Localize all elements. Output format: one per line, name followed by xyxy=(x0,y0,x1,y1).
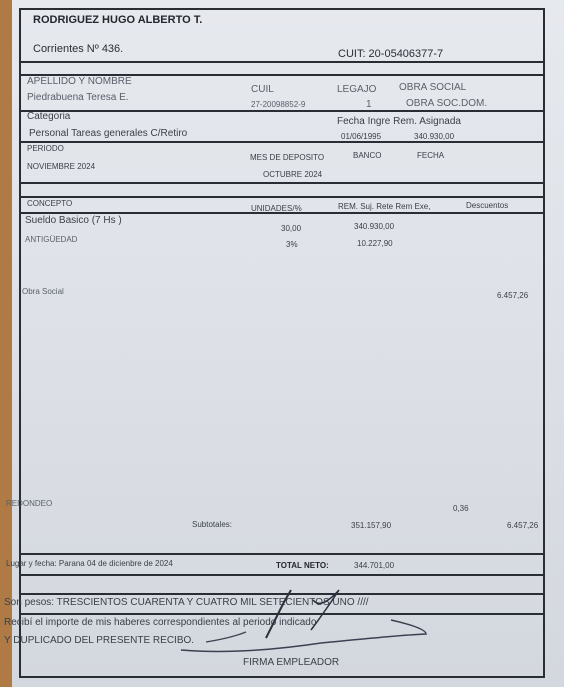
recibi-line1: Recibí el importe de mis haberes corresp… xyxy=(4,617,316,628)
legajo-label: LEGAJO xyxy=(337,84,376,95)
header-concepto: CONCEPTO xyxy=(27,199,72,208)
divider xyxy=(21,182,543,184)
employee-legajo: 1 xyxy=(366,99,372,110)
rem-asignada: 340.930,00 xyxy=(414,132,454,141)
recibi-line2: Y DUPLICADO DEL PRESENTE RECIBO. xyxy=(4,635,194,646)
header-remunerativo: REM. Suj. Rete Rem Exe, xyxy=(338,202,430,211)
payslip: RODRIGUEZ HUGO ALBERTO T. Corrientes Nº … xyxy=(19,8,545,678)
row-concepto: ANTIGÜEDAD xyxy=(25,235,77,244)
row-descuentos: 6.457,26 xyxy=(497,291,528,300)
lugar-fecha: Lugar y fecha: Parana 04 de dicienbre de… xyxy=(6,559,173,568)
subtotal-remunerativo: 351.157,90 xyxy=(351,521,391,530)
divider xyxy=(21,593,543,595)
employee-cuil: 27-20098852-9 xyxy=(251,100,305,109)
cuil-label: CUIL xyxy=(251,84,274,95)
firma-empleador: FIRMA EMPLEADOR xyxy=(243,657,339,668)
periodo-label: PERIODO xyxy=(27,144,64,153)
categoria-label: Categoria xyxy=(27,111,70,122)
employer-cuit: CUIT: 20-05406377-7 xyxy=(338,48,443,60)
employer-address: Corrientes Nº 436. xyxy=(33,43,123,55)
row-unidades: 30,00 xyxy=(281,224,301,233)
header-descuentos: Descuentos xyxy=(466,201,508,210)
divider xyxy=(21,212,543,214)
divider xyxy=(21,574,543,576)
periodo-value: NOVIEMBRE 2024 xyxy=(27,162,95,171)
row-concepto: Sueldo Basico (7 Hs ) xyxy=(25,215,122,226)
row-unidades: 3% xyxy=(286,240,298,249)
employer-name: RODRIGUEZ HUGO ALBERTO T. xyxy=(33,14,202,26)
divider xyxy=(21,61,543,63)
son-pesos: Son pesos: TRESCIENTOS CUARENTA Y CUATRO… xyxy=(4,597,369,608)
row-remunerativo: 10.227,90 xyxy=(357,239,393,248)
fecha-label: FECHA xyxy=(417,151,444,160)
divider xyxy=(21,141,543,143)
subtotal-label: Subtotales: xyxy=(192,520,232,529)
divider xyxy=(21,613,543,615)
employee-obra-social: OBRA SOC.DOM. xyxy=(406,98,487,109)
row-concepto: Obra Social xyxy=(22,287,64,296)
ingreso-label: Fecha Ingre Rem. Asignada xyxy=(337,116,461,127)
divider xyxy=(21,196,543,198)
fecha-ingreso: 01/06/1995 xyxy=(341,132,381,141)
name-label: APELLIDO Y NOMBRE xyxy=(27,76,132,87)
mes-deposito-label: MES DE DEPOSITO xyxy=(250,153,324,162)
employee-name: Piedrabuena Teresa E. xyxy=(27,92,129,103)
mes-deposito-value: OCTUBRE 2024 xyxy=(263,170,322,179)
divider xyxy=(21,553,543,555)
row-remunerativo: 0,36 xyxy=(453,504,469,513)
banco-label: BANCO xyxy=(353,151,381,160)
divider xyxy=(21,110,543,112)
row-remunerativo: 340.930,00 xyxy=(354,222,394,231)
employee-categoria: Personal Tareas generales C/Retiro xyxy=(29,128,187,139)
total-neto-label: TOTAL NETO: xyxy=(276,561,329,570)
obra-social-label: OBRA SOCIAL xyxy=(399,82,466,93)
total-neto-value: 344.701,00 xyxy=(354,561,394,570)
subtotal-descuentos: 6.457,26 xyxy=(507,521,538,530)
row-concepto: REDONDEO xyxy=(6,499,52,508)
